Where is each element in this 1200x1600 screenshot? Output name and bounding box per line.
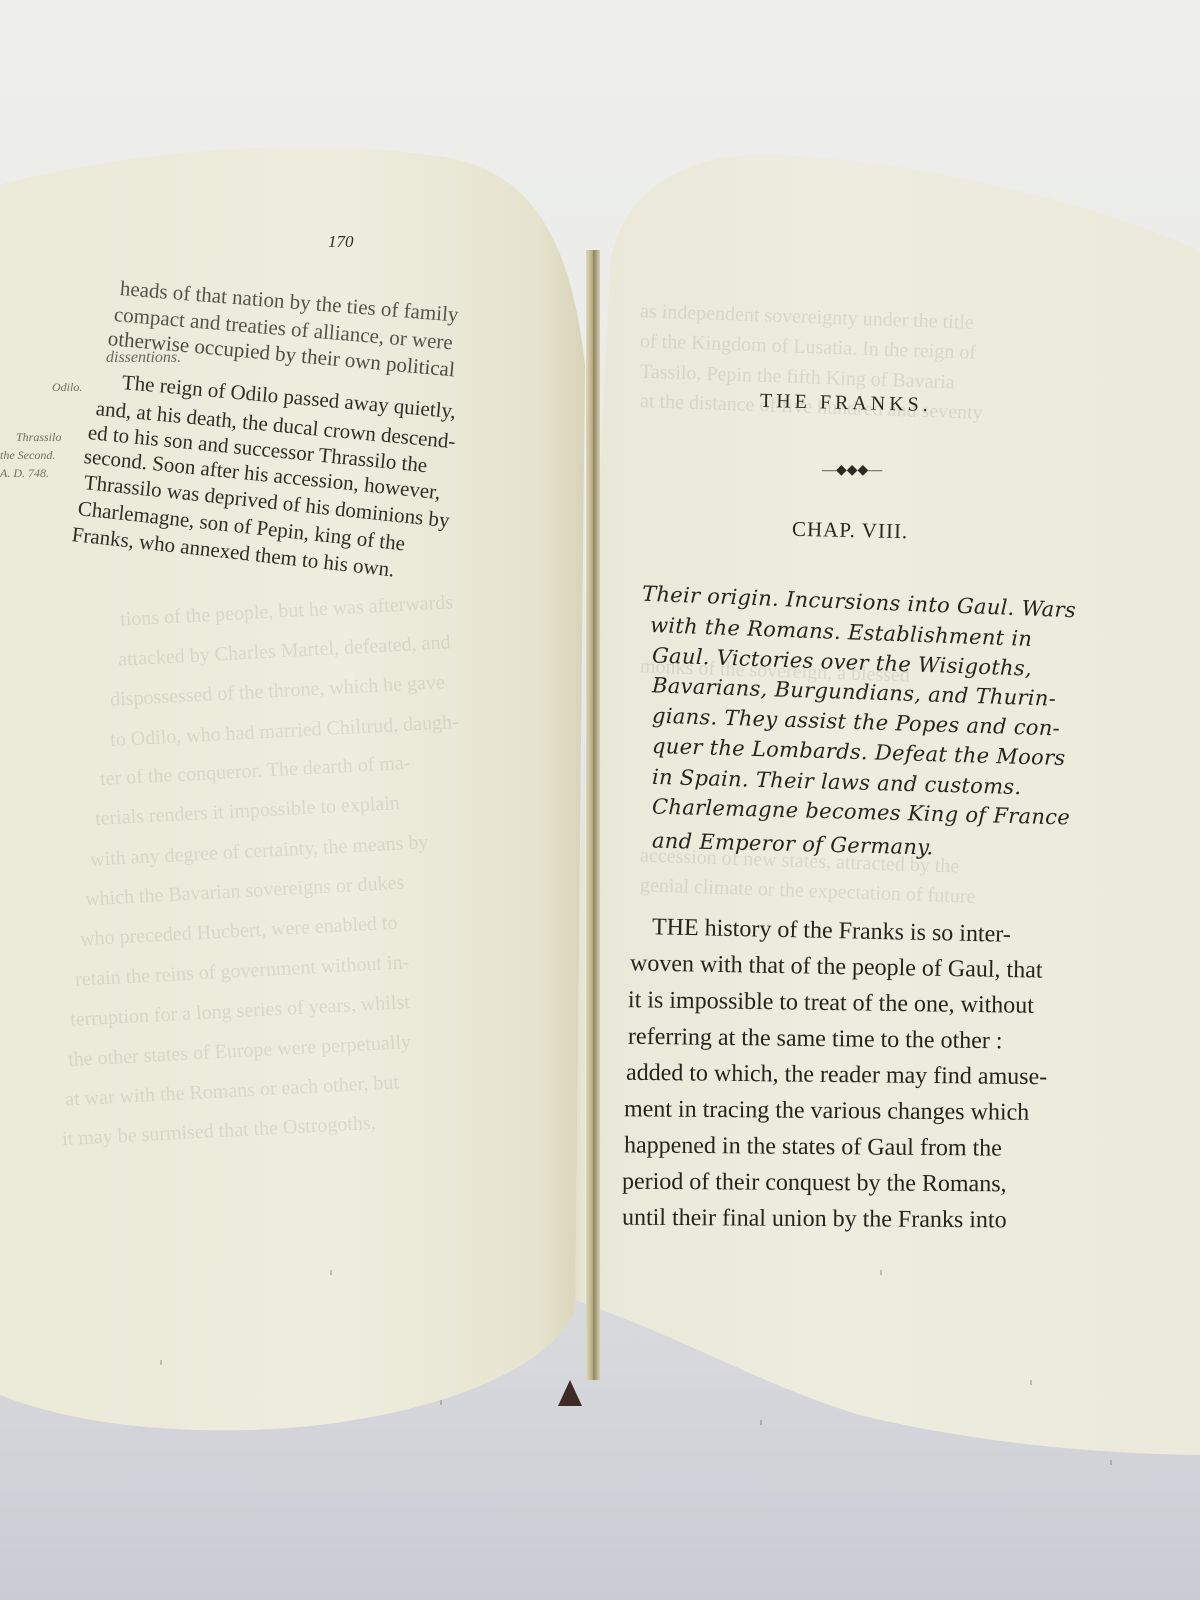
- margin-note: Thrassilo: [16, 430, 61, 445]
- chapter-heading: CHAP. VIII.: [792, 517, 909, 544]
- margin-note: Odilo.: [52, 380, 82, 395]
- body-text-line: added to which, the reader may find amus…: [626, 1060, 1047, 1091]
- ornament-divider-icon: —◆◆◆—: [822, 462, 882, 479]
- body-text-line: until their final union by the Franks in…: [622, 1205, 1007, 1235]
- open-book: tions of the people, but he was afterwar…: [0, 0, 1200, 1600]
- spine-shadow: [558, 1380, 582, 1406]
- chapter-running-title: THE FRANKS.: [760, 390, 932, 417]
- body-text-line: it is impossible to treat of the one, wi…: [628, 987, 1034, 1020]
- left-page-text: 170 heads of that nation by the ties of …: [0, 0, 600, 700]
- text-line: dissentions.: [106, 349, 181, 367]
- margin-note: the Second.: [0, 448, 55, 463]
- body-text-line: referring at the same time to the other …: [628, 1024, 1003, 1056]
- body-text-line: happened in the states of Gaul from the: [624, 1132, 1002, 1162]
- body-text-line: period of their conquest by the Romans,: [622, 1169, 1007, 1199]
- body-text-line: ment in tracing the various changes whic…: [624, 1096, 1029, 1127]
- page-number: 170: [328, 232, 354, 252]
- margin-note: A. D. 748.: [0, 466, 49, 481]
